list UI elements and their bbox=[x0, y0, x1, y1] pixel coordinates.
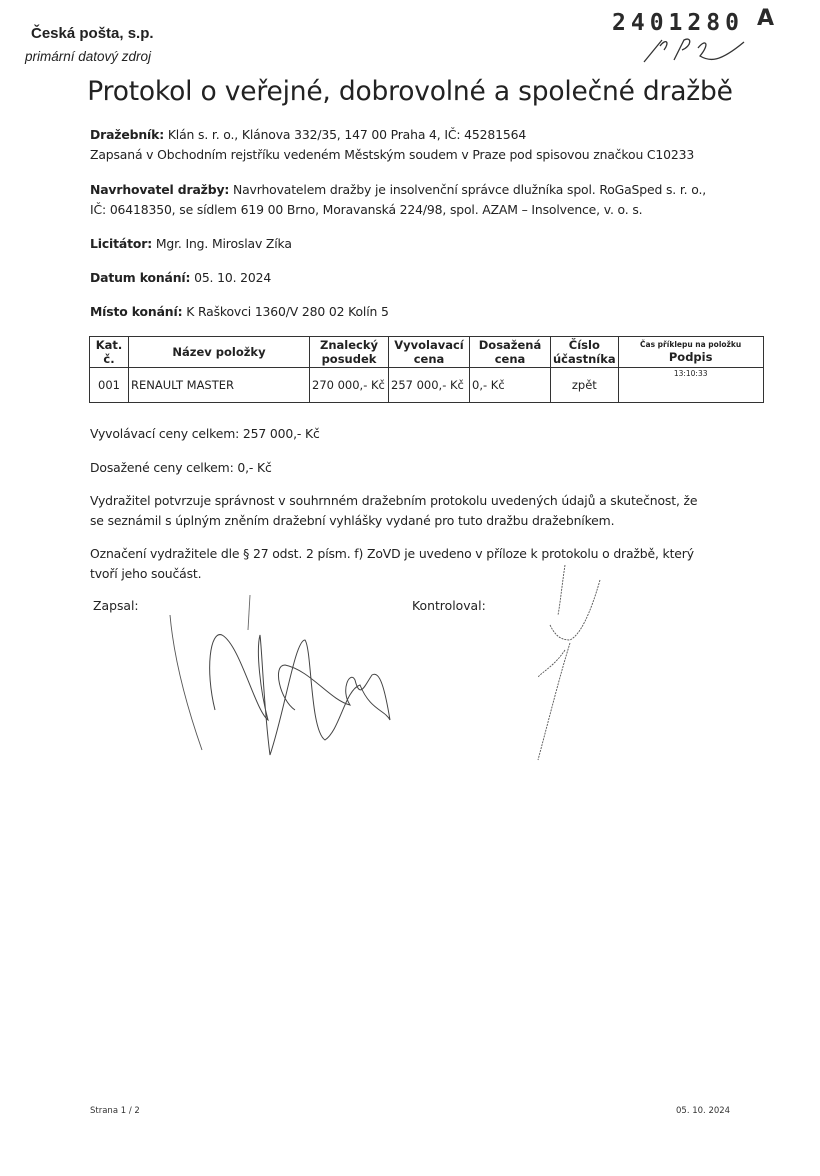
header-starting-price: Vyvolavacícena bbox=[389, 337, 470, 368]
header-expert-appraisal: Znaleckýposudek bbox=[310, 337, 389, 368]
table-row: 001 RENAULT MASTER 270 000,- Kč 257 000,… bbox=[90, 368, 764, 403]
cell-participant-number: zpět bbox=[551, 368, 619, 403]
stamp-subtitle: primární datový zdroj bbox=[25, 49, 151, 64]
header-name: Název položky bbox=[129, 337, 310, 368]
proposer-line2: IČ: 06418350, se sídlem 619 00 Brno, Mor… bbox=[90, 202, 642, 217]
date-label: Datum konání: bbox=[90, 270, 190, 285]
header-kat: Kat. č. bbox=[90, 337, 129, 368]
total-starting-prices: Vyvolávací ceny celkem: 257 000,- Kč bbox=[90, 424, 320, 444]
auctioneer-value: Klán s. r. o., Klánova 332/35, 147 00 Pr… bbox=[168, 127, 526, 142]
place-value: K Raškovci 1360/V 280 02 Kolín 5 bbox=[186, 304, 389, 319]
cell-starting-price: 257 000,- Kč bbox=[389, 368, 470, 403]
auctioneer-registry: Zapsaná v Obchodním rejstříku vedeném Mě… bbox=[90, 147, 694, 162]
cell-expert-appraisal: 270 000,- Kč bbox=[310, 368, 389, 403]
total-achieved-prices: Dosažené ceny celkem: 0,- Kč bbox=[90, 458, 272, 478]
table-header-row: Kat. č. Název položky Znaleckýposudek Vy… bbox=[90, 337, 764, 368]
header-hammer-time-signature: Čas příklepu na položku Podpis bbox=[618, 337, 763, 368]
stamp-organization: Česká pošta, s.p. bbox=[31, 25, 154, 42]
cell-achieved-price: 0,- Kč bbox=[470, 368, 551, 403]
licitator-value: Mgr. Ing. Miroslav Zíka bbox=[156, 236, 292, 251]
registration-mark: A bbox=[757, 6, 774, 31]
licitator-section: Licitátor: Mgr. Ing. Miroslav Zíka bbox=[90, 234, 292, 254]
auctioneer-section: Dražebník: Klán s. r. o., Klánova 332/35… bbox=[90, 125, 694, 165]
place-section: Místo konání: K Raškovci 1360/V 280 02 K… bbox=[90, 302, 389, 322]
signature-recorded-by-icon bbox=[160, 590, 400, 760]
checked-by-label: Kontroloval: bbox=[412, 598, 486, 613]
auctioneer-label: Dražebník: bbox=[90, 127, 164, 142]
document-title: Protokol o veřejné, dobrovolné a společn… bbox=[0, 76, 820, 107]
cell-hammer-time: 13:10:33 bbox=[618, 368, 763, 403]
proposer-label: Navrhovatel dražby: bbox=[90, 182, 229, 197]
cell-kat: 001 bbox=[90, 368, 129, 403]
proposer-section: Navrhovatel dražby: Navrhovatelem dražby… bbox=[90, 180, 706, 220]
header-participant-number: Čísloúčastníka bbox=[551, 337, 619, 368]
confirmation-statement: Vydražitel potvrzuje správnost v souhrnn… bbox=[90, 491, 697, 531]
recorded-by-label: Zapsal: bbox=[93, 598, 139, 613]
proposer-line1: Navrhovatelem dražby je insolvenční sprá… bbox=[233, 182, 706, 197]
handwritten-initials-icon bbox=[640, 32, 760, 68]
auction-items-table: Kat. č. Název položky Znaleckýposudek Vy… bbox=[89, 336, 764, 403]
date-value: 05. 10. 2024 bbox=[194, 270, 271, 285]
footer-date: 05. 10. 2024 bbox=[676, 1106, 730, 1116]
signature-checked-by-icon bbox=[510, 565, 620, 765]
header-achieved-price: Dosaženácena bbox=[470, 337, 551, 368]
licitator-label: Licitátor: bbox=[90, 236, 152, 251]
place-label: Místo konání: bbox=[90, 304, 182, 319]
cell-name: RENAULT MASTER bbox=[129, 368, 310, 403]
date-section: Datum konání: 05. 10. 2024 bbox=[90, 268, 271, 288]
page-number: Strana 1 / 2 bbox=[90, 1106, 140, 1116]
